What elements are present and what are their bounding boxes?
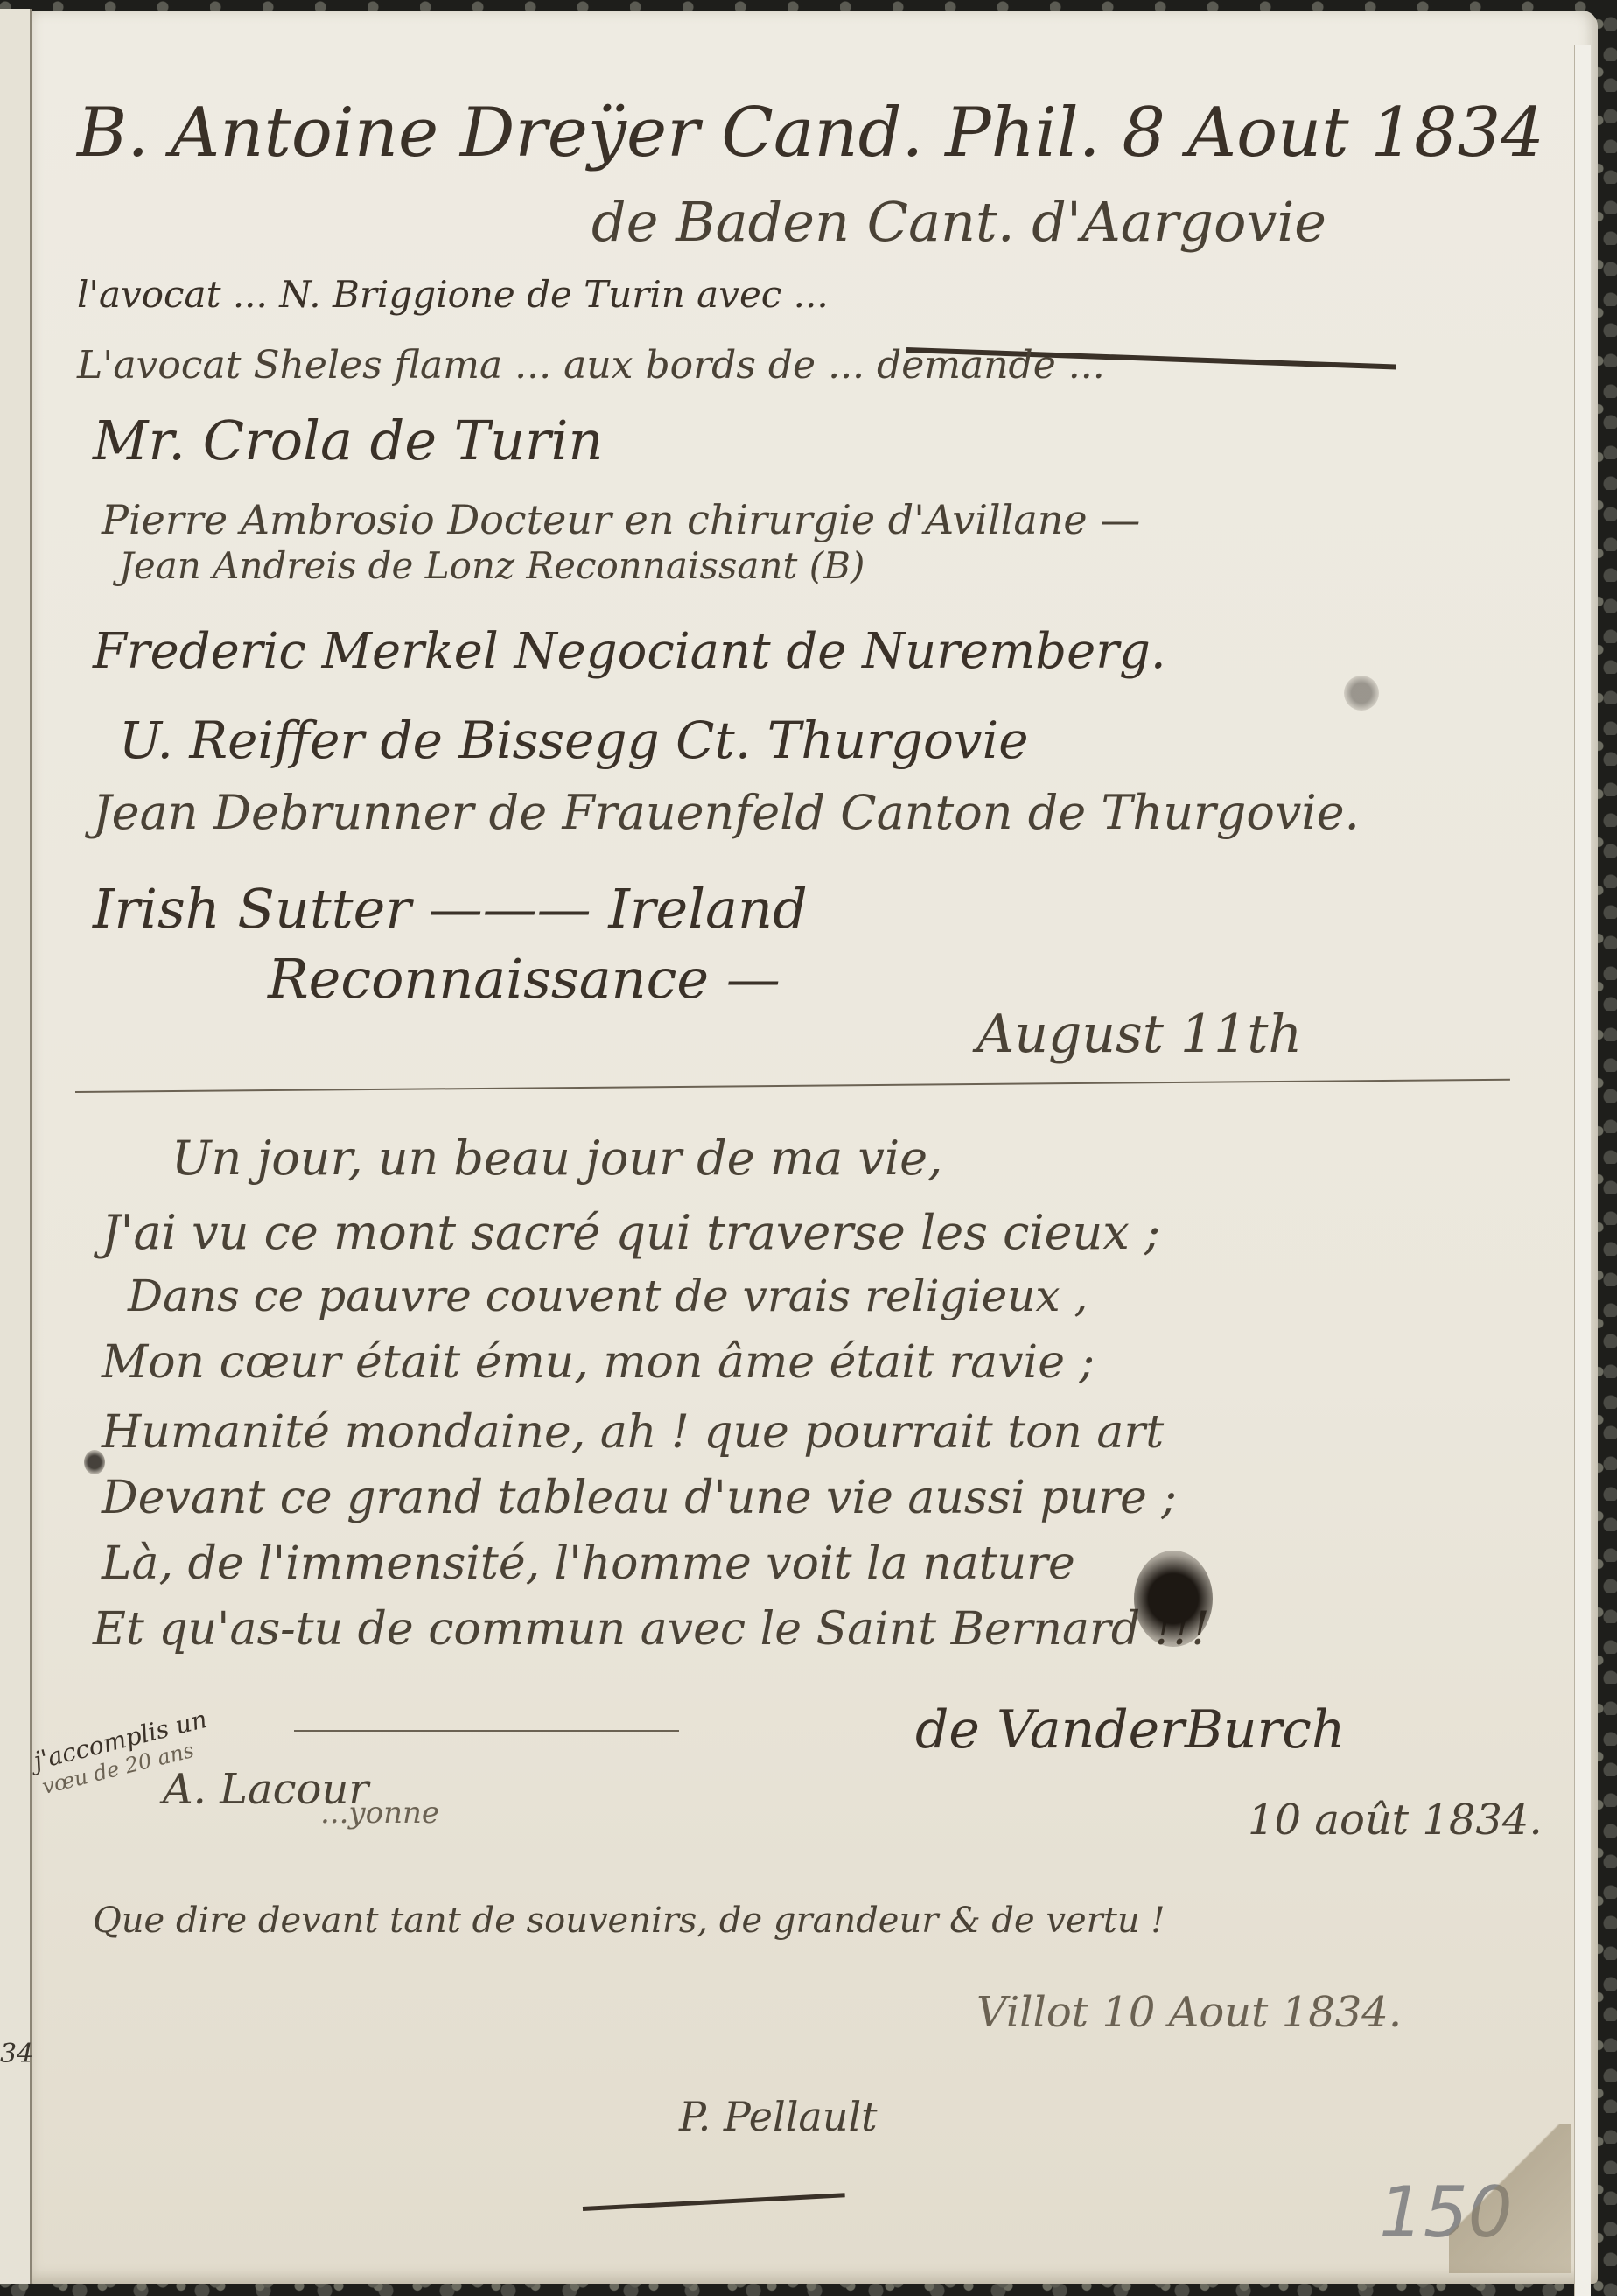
torn-page-corner (1449, 2124, 1571, 2273)
poem-line-8: Et qu'as-tu de commun avec le Saint Bern… (93, 1603, 1209, 1655)
entry-avocat-sheles: L'avocat Sheles flama ... aux bords de .… (77, 343, 1105, 388)
poem-date: 10 août 1834. (1248, 1795, 1543, 1844)
entry-reconnaissance: Reconnaissance — (268, 947, 780, 1011)
entry-debrunner: Jean Debrunner de Frauenfeld Canton de T… (93, 785, 1360, 840)
entry-villot: Villot 10 Aout 1834. (976, 1988, 1402, 2037)
entry-merkel: Frederic Merkel Negociant de Nuremberg. (93, 623, 1166, 680)
ink-smudge (1344, 675, 1379, 710)
page-right-edge (1574, 45, 1591, 2296)
entry-august-11th: August 11th (976, 1004, 1302, 1065)
poem-line-5: Humanité mondaine, ah ! que pourrait ton… (101, 1406, 1164, 1459)
entry-irish-sutter: Irish Sutter ——— Ireland (93, 877, 808, 941)
entry-crola: Mr. Crola de Turin (93, 409, 603, 472)
poem-line-1: Un jour, un beau jour de ma vie, (171, 1130, 942, 1186)
poem-line-2: J'ai vu ce mont sacré qui traverse les c… (101, 1205, 1160, 1260)
manuscript-page: B. Antoine Dreÿer Cand. Phil. 8 Aout 183… (31, 10, 1598, 2284)
previous-page-edge (0, 9, 31, 2284)
entry-dreyer-origin: de Baden Cant. d'Aargovie (591, 190, 1326, 254)
section-divider (75, 1079, 1510, 1093)
ink-spot (84, 1450, 105, 1474)
entry-andreis: Jean Andreis de Lonz Reconnaissant (B) (119, 544, 864, 587)
poem-line-7: Là, de l'immensité, l'homme voit la natu… (101, 1537, 1075, 1590)
entry-pellault: P. Pellault (679, 2093, 878, 2140)
poem-signature: de VanderBurch (915, 1699, 1345, 1760)
poem-line-3: Dans ce pauvre couvent de vrais religieu… (128, 1270, 1088, 1321)
entry-lacour-place: ...yonne (320, 1795, 439, 1830)
previous-page-number: 34 (0, 2039, 30, 2069)
entry-briggione: l'avocat ... N. Briggione de Turin avec … (77, 273, 829, 316)
entry-reiffer: U. Reiffer de Bissegg Ct. Thurgovie (119, 710, 1029, 770)
entry-briggione-text: l'avocat ... N. Briggione de Turin avec … (77, 273, 829, 316)
lacour-underline (294, 1730, 679, 1732)
pellault-flourish (583, 2193, 845, 2211)
ink-blot (1134, 1550, 1213, 1647)
poem-line-6: Devant ce grand tableau d'une vie aussi … (101, 1472, 1177, 1524)
entry-dreyer-name: B. Antoine Dreÿer Cand. Phil. 8 Aout 183… (77, 94, 1544, 172)
entry-souvenir: Que dire devant tant de souvenirs, de gr… (93, 1900, 1165, 1941)
entry-ambrosio: Pierre Ambrosio Docteur en chirurgie d'A… (101, 496, 1140, 543)
poem-line-4: Mon cœur était ému, mon âme était ravie … (101, 1336, 1095, 1389)
